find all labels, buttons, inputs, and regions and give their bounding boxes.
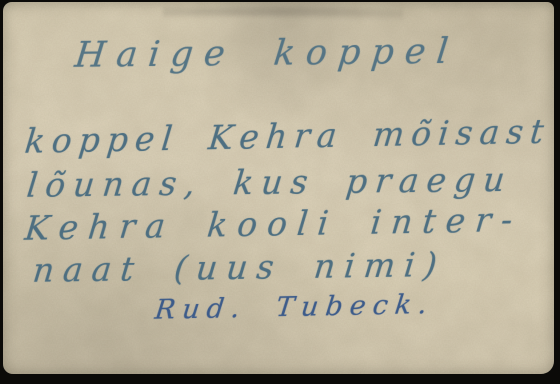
note-title: Haige koppel	[73, 32, 461, 76]
note-body-line: lõunas, kus praegu	[25, 160, 515, 205]
pencil-smudge	[163, 4, 403, 20]
scan-background: Haige koppel koppel Kehra mõisast lõunas…	[0, 0, 560, 384]
note-body-line: koppel Kehra mõisast	[23, 112, 553, 161]
note-signature: Rud. Tubeck.	[153, 289, 436, 326]
handwritten-note-card: Haige koppel koppel Kehra mõisast lõunas…	[3, 2, 554, 374]
note-body-line: naat (uus nimi)	[31, 245, 448, 290]
note-body-line: Kehra kooli inter-	[23, 200, 524, 248]
